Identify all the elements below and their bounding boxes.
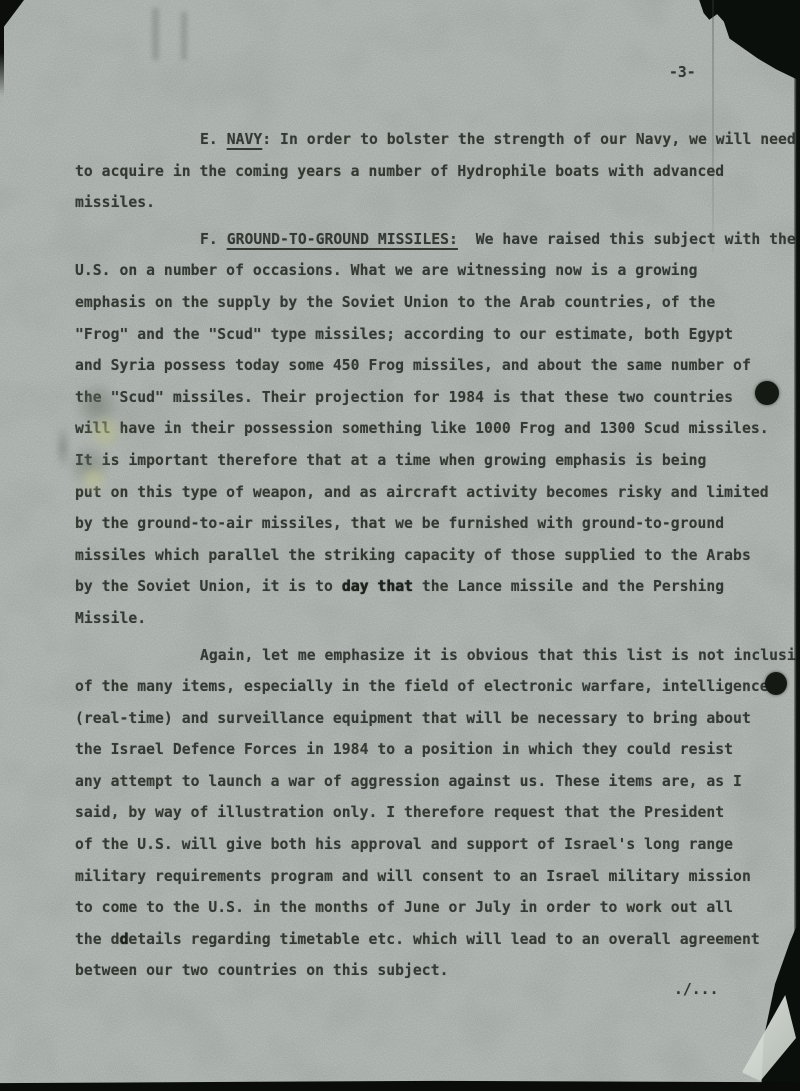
continuation-mark: ./... — [674, 980, 718, 1000]
text-line: to come to the U.S. in the months of Jun… — [75, 892, 785, 924]
text-line: the Israel Defence Forces in 1984 to a p… — [75, 734, 785, 766]
text-line: by the ground-to-air missiles, that we b… — [75, 508, 785, 540]
text-segment: etails regarding timetable etc. which wi… — [128, 931, 759, 948]
text-segment: emphasis on the supply by the Soviet Uni… — [75, 294, 715, 311]
text-segment: the "Scud" missiles. Their projection fo… — [75, 389, 733, 406]
text-segment: will have in their possession something … — [75, 420, 769, 437]
page-number: -3- — [669, 63, 696, 83]
document-body: E. NAVY: In order to bolster the strengt… — [75, 124, 785, 987]
text-segment: (real-time) and surveillance equipment t… — [75, 710, 751, 727]
text-line: of the many items, especially in the fie… — [75, 671, 785, 703]
text-segment: the d — [75, 931, 119, 948]
text-segment: the Lance missile and the Pershing — [413, 578, 724, 595]
torn-corner-top-right — [688, 0, 800, 94]
stain-blob — [58, 418, 68, 478]
text-line: and Syria possess today some 450 Frog mi… — [75, 350, 785, 382]
text-segment: by the ground-to-air missiles, that we b… — [75, 515, 724, 532]
text-line: said, by way of illustration only. I the… — [75, 797, 785, 829]
text-line: missiles. — [75, 187, 785, 219]
text-segment: E. — [200, 131, 227, 148]
text-line: put on this type of weapon, and as aircr… — [75, 477, 785, 509]
text-line: military requirements program and will c… — [75, 861, 785, 893]
text-segment: by the Soviet Union, it is to — [75, 578, 342, 595]
text-segment: put on this type of weapon, and as aircr… — [75, 484, 769, 501]
text-segment: : In order to bolster the strength of ou… — [262, 131, 796, 148]
text-segment: It is important therefore that at a time… — [75, 452, 706, 469]
text-segment: and Syria possess today some 450 Frog mi… — [75, 357, 751, 374]
torn-corner-top-left — [0, 0, 24, 32]
paragraph: E. NAVY: In order to bolster the strengt… — [75, 124, 785, 219]
paragraph: Again, let me emphasize it is obvious th… — [75, 640, 785, 988]
text-line: will have in their possession something … — [75, 413, 785, 445]
text-segment: Missile. — [75, 610, 146, 627]
text-segment: any attempt to launch a war of aggressio… — [75, 773, 742, 790]
text-line: U.S. on a number of occasions. What we a… — [75, 255, 785, 287]
text-line: Missile. — [75, 603, 785, 635]
text-segment: missiles which parallel the striking cap… — [75, 547, 751, 564]
text-segment: said, by way of illustration only. I the… — [75, 804, 724, 821]
text-line: It is important therefore that at a time… — [75, 445, 785, 477]
text-line: (real-time) and surveillance equipment t… — [75, 703, 785, 735]
scanned-document-page: { "page": { "number": "-3-", "continuati… — [0, 0, 800, 1091]
text-line: the "Scud" missiles. Their projection fo… — [75, 382, 785, 414]
text-segment: the Israel Defence Forces in 1984 to a p… — [75, 741, 733, 758]
text-segment: missiles. — [75, 194, 155, 211]
corner-fold-highlight — [742, 995, 796, 1081]
text-segment: of the many items, especially in the fie… — [75, 678, 769, 695]
text-line: any attempt to launch a war of aggressio… — [75, 766, 785, 798]
scan-edge-bottom — [0, 1080, 800, 1091]
text-line: E. NAVY: In order to bolster the strengt… — [75, 124, 785, 156]
text-segment: F. — [200, 231, 227, 248]
text-segment: We have raised this subject with the — [458, 231, 796, 248]
text-line: Again, let me emphasize it is obvious th… — [75, 640, 785, 672]
text-segment: to come to the U.S. in the months of Jun… — [75, 899, 733, 916]
text-segment: military requirements program and will c… — [75, 868, 751, 885]
text-line: of the U.S. will give both his approval … — [75, 829, 785, 861]
text-line: "Frog" and the "Scud" type missiles; acc… — [75, 319, 785, 351]
text-segment: "Frog" and the "Scud" type missiles; acc… — [75, 326, 733, 343]
text-segment: GROUND-TO-GROUND MISSILES: — [227, 231, 458, 248]
smudge-mark — [152, 8, 159, 60]
text-segment: to acquire in the coming years a number … — [75, 163, 724, 180]
text-line: F. GROUND-TO-GROUND MISSILES: We have ra… — [75, 224, 785, 256]
text-line: missiles which parallel the striking cap… — [75, 540, 785, 572]
text-line: by the Soviet Union, it is to day that t… — [75, 571, 785, 603]
text-segment: between our two countries on this subjec… — [75, 962, 449, 979]
text-line: to acquire in the coming years a number … — [75, 156, 785, 188]
text-line: the ddetails regarding timetable etc. wh… — [75, 924, 785, 956]
smudge-mark — [181, 12, 187, 60]
text-segment: Again, let me emphasize it is obvious th… — [200, 647, 800, 664]
text-segment: NAVY — [227, 131, 263, 148]
text-segment: U.S. on a number of occasions. What we a… — [75, 262, 697, 279]
text-segment: day that — [342, 578, 413, 595]
scan-edge-left — [0, 0, 4, 96]
text-segment: of the U.S. will give both his approval … — [75, 836, 733, 853]
paragraph: F. GROUND-TO-GROUND MISSILES: We have ra… — [75, 224, 785, 635]
text-line: emphasis on the supply by the Soviet Uni… — [75, 287, 785, 319]
